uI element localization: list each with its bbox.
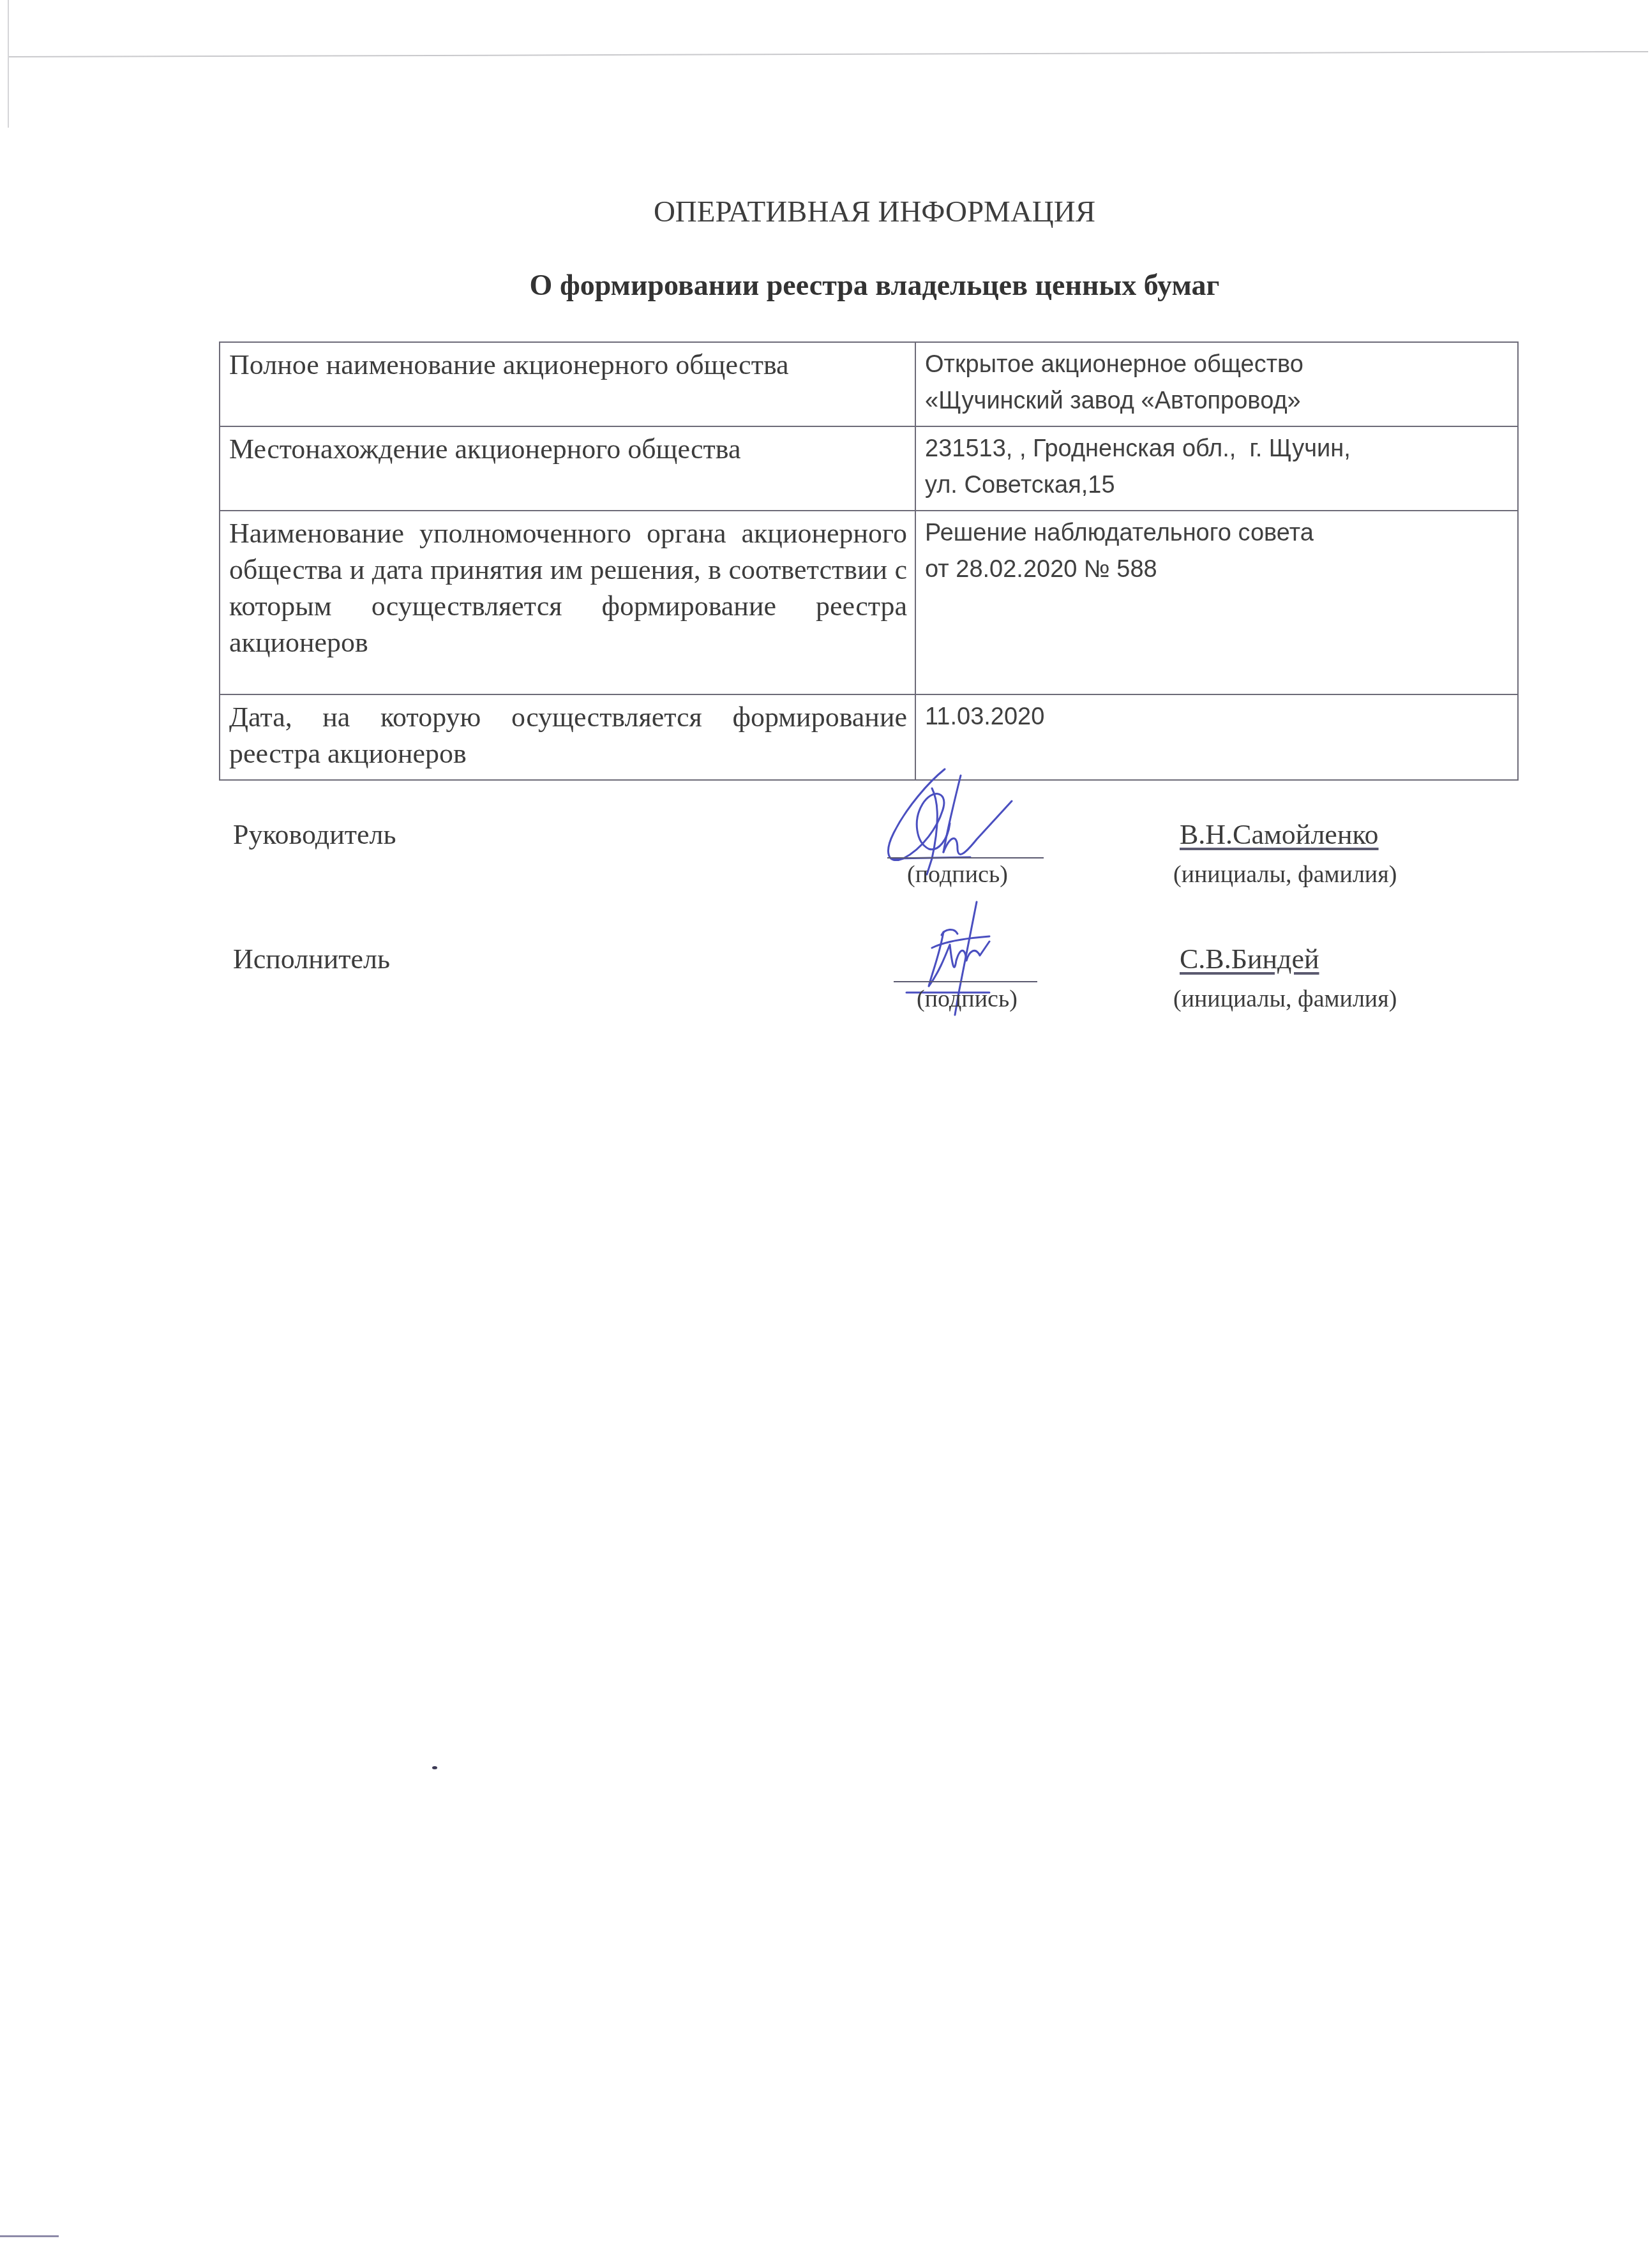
signatory-role-director: Руководитель <box>233 818 396 851</box>
row-value: 231513, , Гродненская обл., г. Щучин, ул… <box>915 426 1518 511</box>
row-value-line: Открытое акционерное общество <box>925 347 1510 383</box>
scan-edge-top <box>9 51 1648 57</box>
row-label: Полное наименование акционерного обществ… <box>220 342 915 426</box>
signatory-role-executor: Исполнитель <box>233 943 390 975</box>
row-label: Наименование уполномоченного органа акци… <box>220 511 915 694</box>
document-heading: ОПЕРАТИВНАЯ ИНФОРМАЦИЯ <box>0 195 1652 229</box>
table-row: Наименование уполномоченного органа акци… <box>220 511 1518 694</box>
row-value-line: «Щучинский завод «Автопровод» <box>925 383 1510 419</box>
signature-caption: (подпись) <box>881 860 1034 888</box>
signatory-name: С.В.Биндей <box>1180 943 1319 975</box>
table-row: Полное наименование акционерного обществ… <box>220 342 1518 426</box>
row-value: Решение наблюдательного совета от 28.02.… <box>915 511 1518 694</box>
row-value-line: ул. Советская,15 <box>925 467 1510 504</box>
document-subheading: О формировании реестра владельцев ценных… <box>0 268 1652 302</box>
name-caption: (инициалы, фамилия) <box>1173 985 1429 1013</box>
row-value-line: от 28.02.2020 № 588 <box>925 551 1510 588</box>
scan-mark-bottom <box>0 2235 59 2237</box>
row-label: Дата, на которую осуществляется формиров… <box>220 694 915 780</box>
signature-caption: (подпись) <box>890 985 1044 1013</box>
row-value-line: Решение наблюдательного совета <box>925 515 1510 551</box>
table-row: Местонахождение акционерного общества 23… <box>220 426 1518 511</box>
signature-line <box>894 981 1037 982</box>
signatory-name: В.Н.Самойленко <box>1180 818 1379 851</box>
row-value-line: 11.03.2020 <box>925 699 1510 735</box>
name-caption: (инициалы, фамилия) <box>1173 860 1429 888</box>
row-value-line: 231513, , Гродненская обл., г. Щучин, <box>925 431 1510 467</box>
scan-edge-left <box>8 0 9 128</box>
row-label: Местонахождение акционерного общества <box>220 426 915 511</box>
row-value: Открытое акционерное общество «Щучинский… <box>915 342 1518 426</box>
signature-line <box>887 857 1044 858</box>
scan-speck <box>432 1766 437 1769</box>
info-table: Полное наименование акционерного обществ… <box>219 341 1519 781</box>
